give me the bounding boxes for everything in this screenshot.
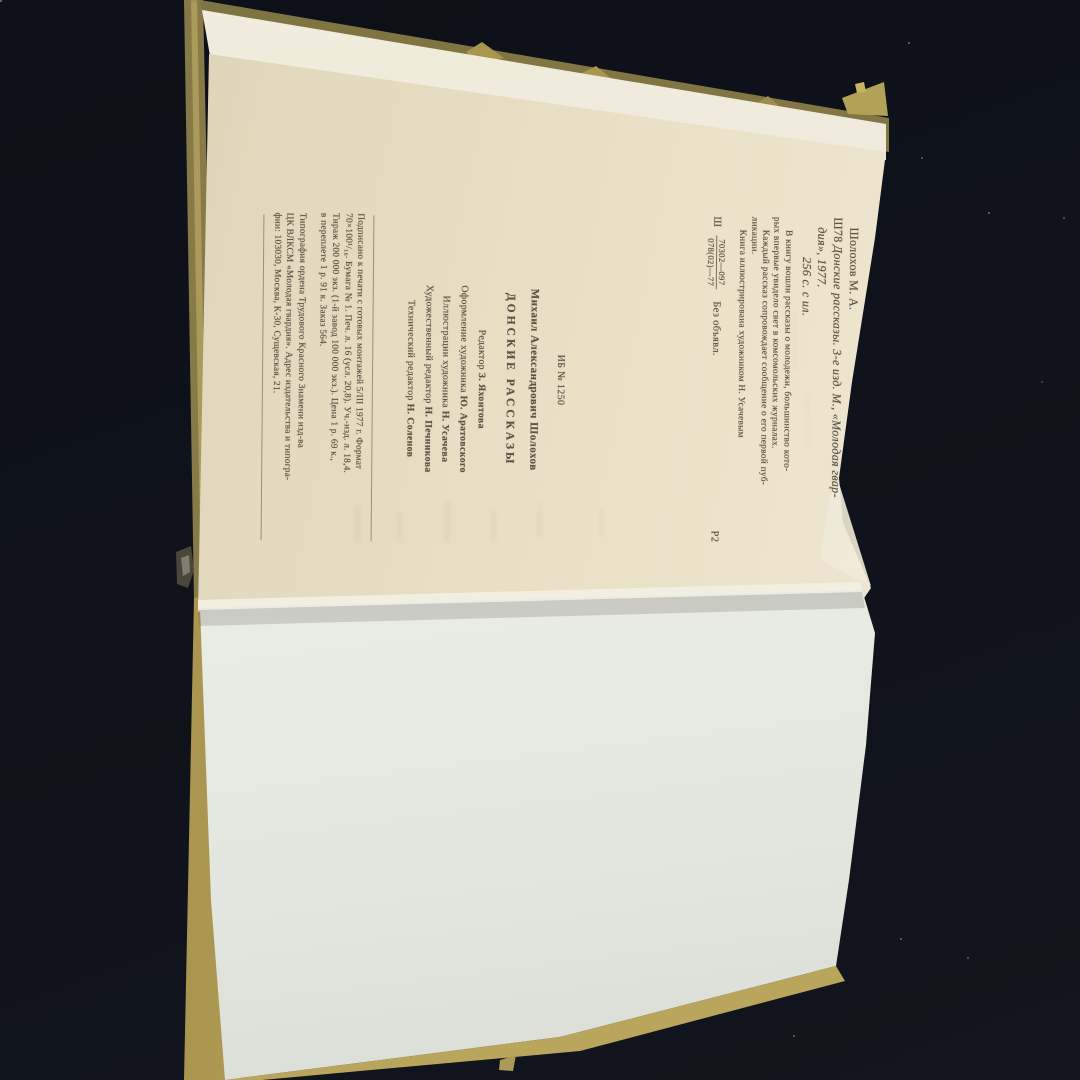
index-fraction: 70302—097 078(02)—77 <box>706 235 728 289</box>
catalog-entry-line: Ш78Донские рассказы. 3-е изд. М., «Молод… <box>827 217 846 547</box>
category-code: Р2 <box>707 530 721 542</box>
ib-number: ИБ № 1250 <box>554 213 568 547</box>
index-denominator: 078(02)—77 <box>706 235 717 289</box>
index-letter: Ш <box>710 216 724 227</box>
catalog-author: Шолохов М. А. <box>843 227 862 547</box>
credit-line: Иллюстрации художника Н. Усачева <box>435 212 456 546</box>
index-numerator: 70302—097 <box>716 235 728 289</box>
dust-specks <box>0 0 2 2</box>
annotation-block: В книгу вошли рассказы о молодежи, больш… <box>734 217 794 547</box>
credit-role: Редактор <box>476 330 487 370</box>
credit-name: Н. Печникова <box>422 406 434 472</box>
credit-role: Оформление художника <box>458 285 470 393</box>
credit-name: Н. Усачева <box>440 411 451 463</box>
colophon-text: Шолохов М. А. Ш78Донские рассказы. 3-е и… <box>259 210 862 549</box>
credit-line: Художественный редактор Н. Печникова <box>417 212 438 546</box>
credit-role: Технический редактор <box>405 300 417 401</box>
catalog-title-part1: Донские рассказы. 3-е изд. М., «Молодая … <box>829 245 845 498</box>
credit-name: З. Яхонтова <box>476 373 487 429</box>
divider-rule <box>261 214 265 540</box>
print-info-block: Подписано к печати с готовых монтажей 5/… <box>261 212 375 543</box>
catalog-index-row: Ш 70302—097 078(02)—77 Без объявл. Р2 <box>703 216 727 546</box>
credit-line: Редактор З. Яхонтова <box>471 212 492 546</box>
credit-line: Технический редактор Н. Соленов <box>399 212 420 546</box>
author-full-name: Михаил Александрович Шолохов <box>527 213 542 547</box>
catalog-collation: 256 с. с ил. <box>795 257 813 547</box>
catalog-card-block: Шолохов М. А. Ш78Донские рассказы. 3-е и… <box>703 216 861 547</box>
book-photo-scene: Шолохов М. А. Ш78Донские рассказы. 3-е и… <box>0 0 1080 1080</box>
credit-name: Ю. Аратовского <box>457 396 469 473</box>
credit-role: Художественный редактор <box>422 285 434 404</box>
divider-rule <box>371 215 375 541</box>
credit-name: Н. Соленов <box>404 404 415 458</box>
catalog-code: Ш78 <box>830 217 846 245</box>
credit-role: Иллюстрации художника <box>440 296 452 408</box>
credit-line: Оформление художника Ю. Аратовского <box>453 212 474 546</box>
imprint-header-block: ИБ № 1250 Михаил Александрович Шолохов Д… <box>399 212 567 547</box>
book-title: ДОНСКИЕ РАССКАЗЫ <box>503 213 518 547</box>
annotation-line: В книгу вошли рассказы о молодежи, больш… <box>779 217 793 547</box>
no-announce-label: Без объявл. <box>709 301 723 356</box>
catalog-title-part2: дия», 1977. <box>811 227 830 547</box>
